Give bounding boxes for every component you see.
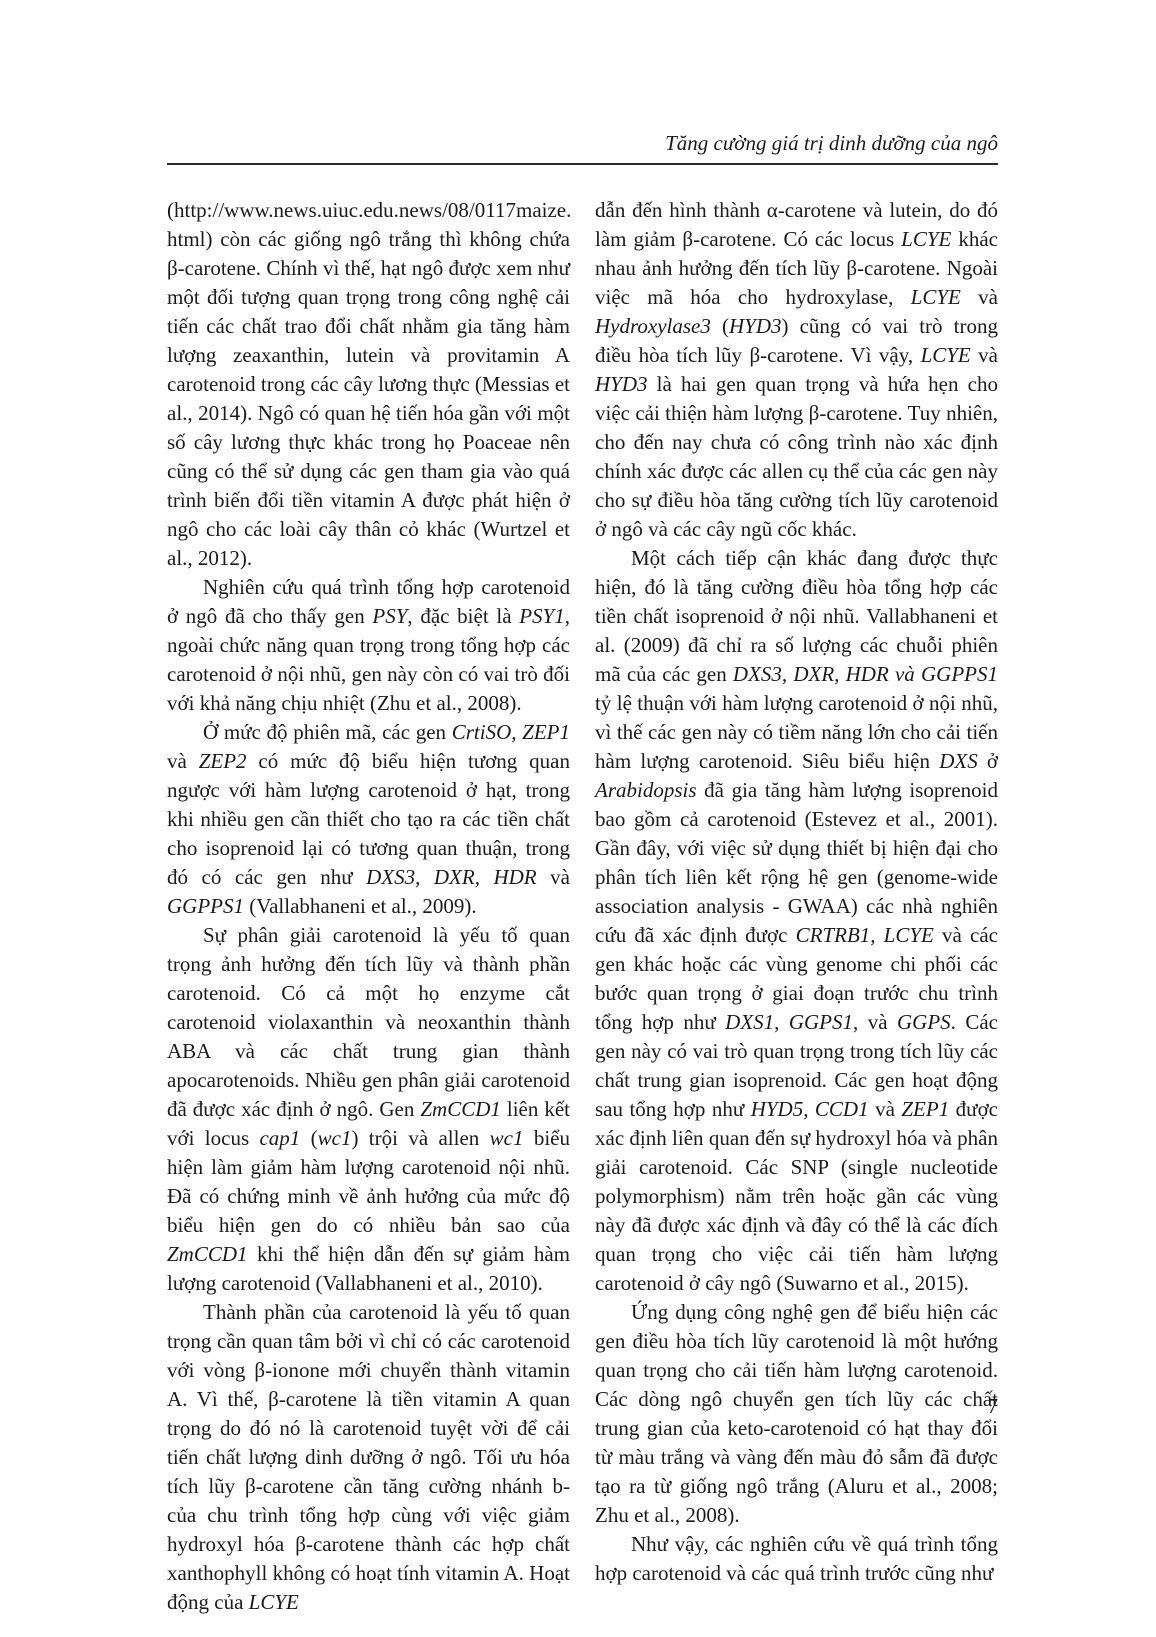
text-run: wc1 xyxy=(490,1126,524,1150)
text-run: CCD1 xyxy=(815,1097,869,1121)
text-run: LCYE xyxy=(249,1590,299,1614)
text-run: GGPPS1 xyxy=(167,894,244,918)
text-run: LCYE xyxy=(901,227,951,251)
text-run: và xyxy=(537,865,570,889)
text-run: CrtiSO, ZEP1 xyxy=(452,720,570,744)
text-run: ZEP2 xyxy=(199,749,247,773)
text-run: DXS xyxy=(939,749,978,773)
paragraph: Sự phân giải carotenoid là yếu tố quan t… xyxy=(167,921,570,1298)
paragraph: dẫn đến hình thành α-carotene và lutein,… xyxy=(595,196,998,544)
text-run: DXS3, DXR, HDR và GGPPS1 xyxy=(733,662,998,686)
text-run: ( xyxy=(711,314,729,338)
text-run: là hai gen quan trọng và hứa hẹn cho việ… xyxy=(595,372,998,541)
text-run: và xyxy=(858,1010,897,1034)
text-run: PSY1 xyxy=(519,604,565,628)
text-run: cap1 xyxy=(259,1126,300,1150)
text-run: (Vallabhaneni et al., 2009). xyxy=(244,894,477,918)
text-run: Ở mức độ phiên mã, các gen xyxy=(203,720,452,744)
text-run: LCYE xyxy=(911,285,961,309)
text-run: wc1 xyxy=(318,1126,352,1150)
text-run: ) trội và allen xyxy=(351,1126,489,1150)
paragraph: (http://www.news.uiuc.edu.news/08/0117ma… xyxy=(167,196,570,573)
text-run: Thành phần của carotenoid là yếu tố quan… xyxy=(167,1300,570,1614)
text-run: Như vậy, các nghiên cứu về quá trình tổn… xyxy=(595,1532,998,1585)
paragraph: Một cách tiếp cận khác đang được thực hi… xyxy=(595,544,998,1298)
text-run: tỷ lệ thuận với hàm lượng carotenoid ở n… xyxy=(595,691,998,773)
text-run: HYD3 xyxy=(595,372,648,396)
text-run: được xác định liên quan đến sự hydroxyl … xyxy=(595,1097,998,1295)
text-run: và xyxy=(869,1097,902,1121)
text-run: PSY xyxy=(372,604,407,628)
text-run: Arabidopsis xyxy=(595,778,697,802)
text-run: GGPS xyxy=(897,1010,951,1034)
text-run: CRTRB1, LCYE xyxy=(796,923,934,947)
text-run: DXS3, DXR, HDR xyxy=(366,865,537,889)
paragraph: Nghiên cứu quá trình tổng hợp carotenoid… xyxy=(167,573,570,718)
text-run: Hydroxylase3 xyxy=(595,314,711,338)
text-run: ZEP1 xyxy=(901,1097,949,1121)
paragraph: Như vậy, các nghiên cứu về quá trình tổn… xyxy=(595,1530,998,1588)
text-run: đã gia tăng hàm lượng isoprenoid bao gồm… xyxy=(595,778,998,947)
text-run: và xyxy=(961,285,998,309)
text-run: HYD5 xyxy=(751,1097,804,1121)
paragraph: Ở mức độ phiên mã, các gen CrtiSO, ZEP1 … xyxy=(167,718,570,921)
document-page: Tăng cường giá trị dinh dưỡng của ngô (h… xyxy=(0,0,1156,1637)
text-run: ZmCCD1 xyxy=(167,1242,248,1266)
text-run: , xyxy=(803,1097,815,1121)
text-run: Sự phân giải carotenoid là yếu tố quan t… xyxy=(167,923,570,1121)
running-header: Tăng cường giá trị dinh dưỡng của ngô xyxy=(167,130,998,165)
paragraph: Thành phần của carotenoid là yếu tố quan… xyxy=(167,1298,570,1617)
text-run: và xyxy=(167,749,199,773)
text-run: LCYE xyxy=(921,343,971,367)
text-run: DXS1, GGPS1, xyxy=(725,1010,858,1034)
text-run: ( xyxy=(300,1126,317,1150)
text-run: ở xyxy=(978,749,998,773)
text-run: (http://www.news.uiuc.edu.news/08/0117ma… xyxy=(167,198,571,570)
text-run: , đặc biệt là xyxy=(407,604,519,628)
text-run: và xyxy=(971,343,998,367)
page-number: 7 xyxy=(167,1393,998,1419)
text-run: ZmCCD1 xyxy=(420,1097,501,1121)
text-run: HYD3 xyxy=(729,314,782,338)
